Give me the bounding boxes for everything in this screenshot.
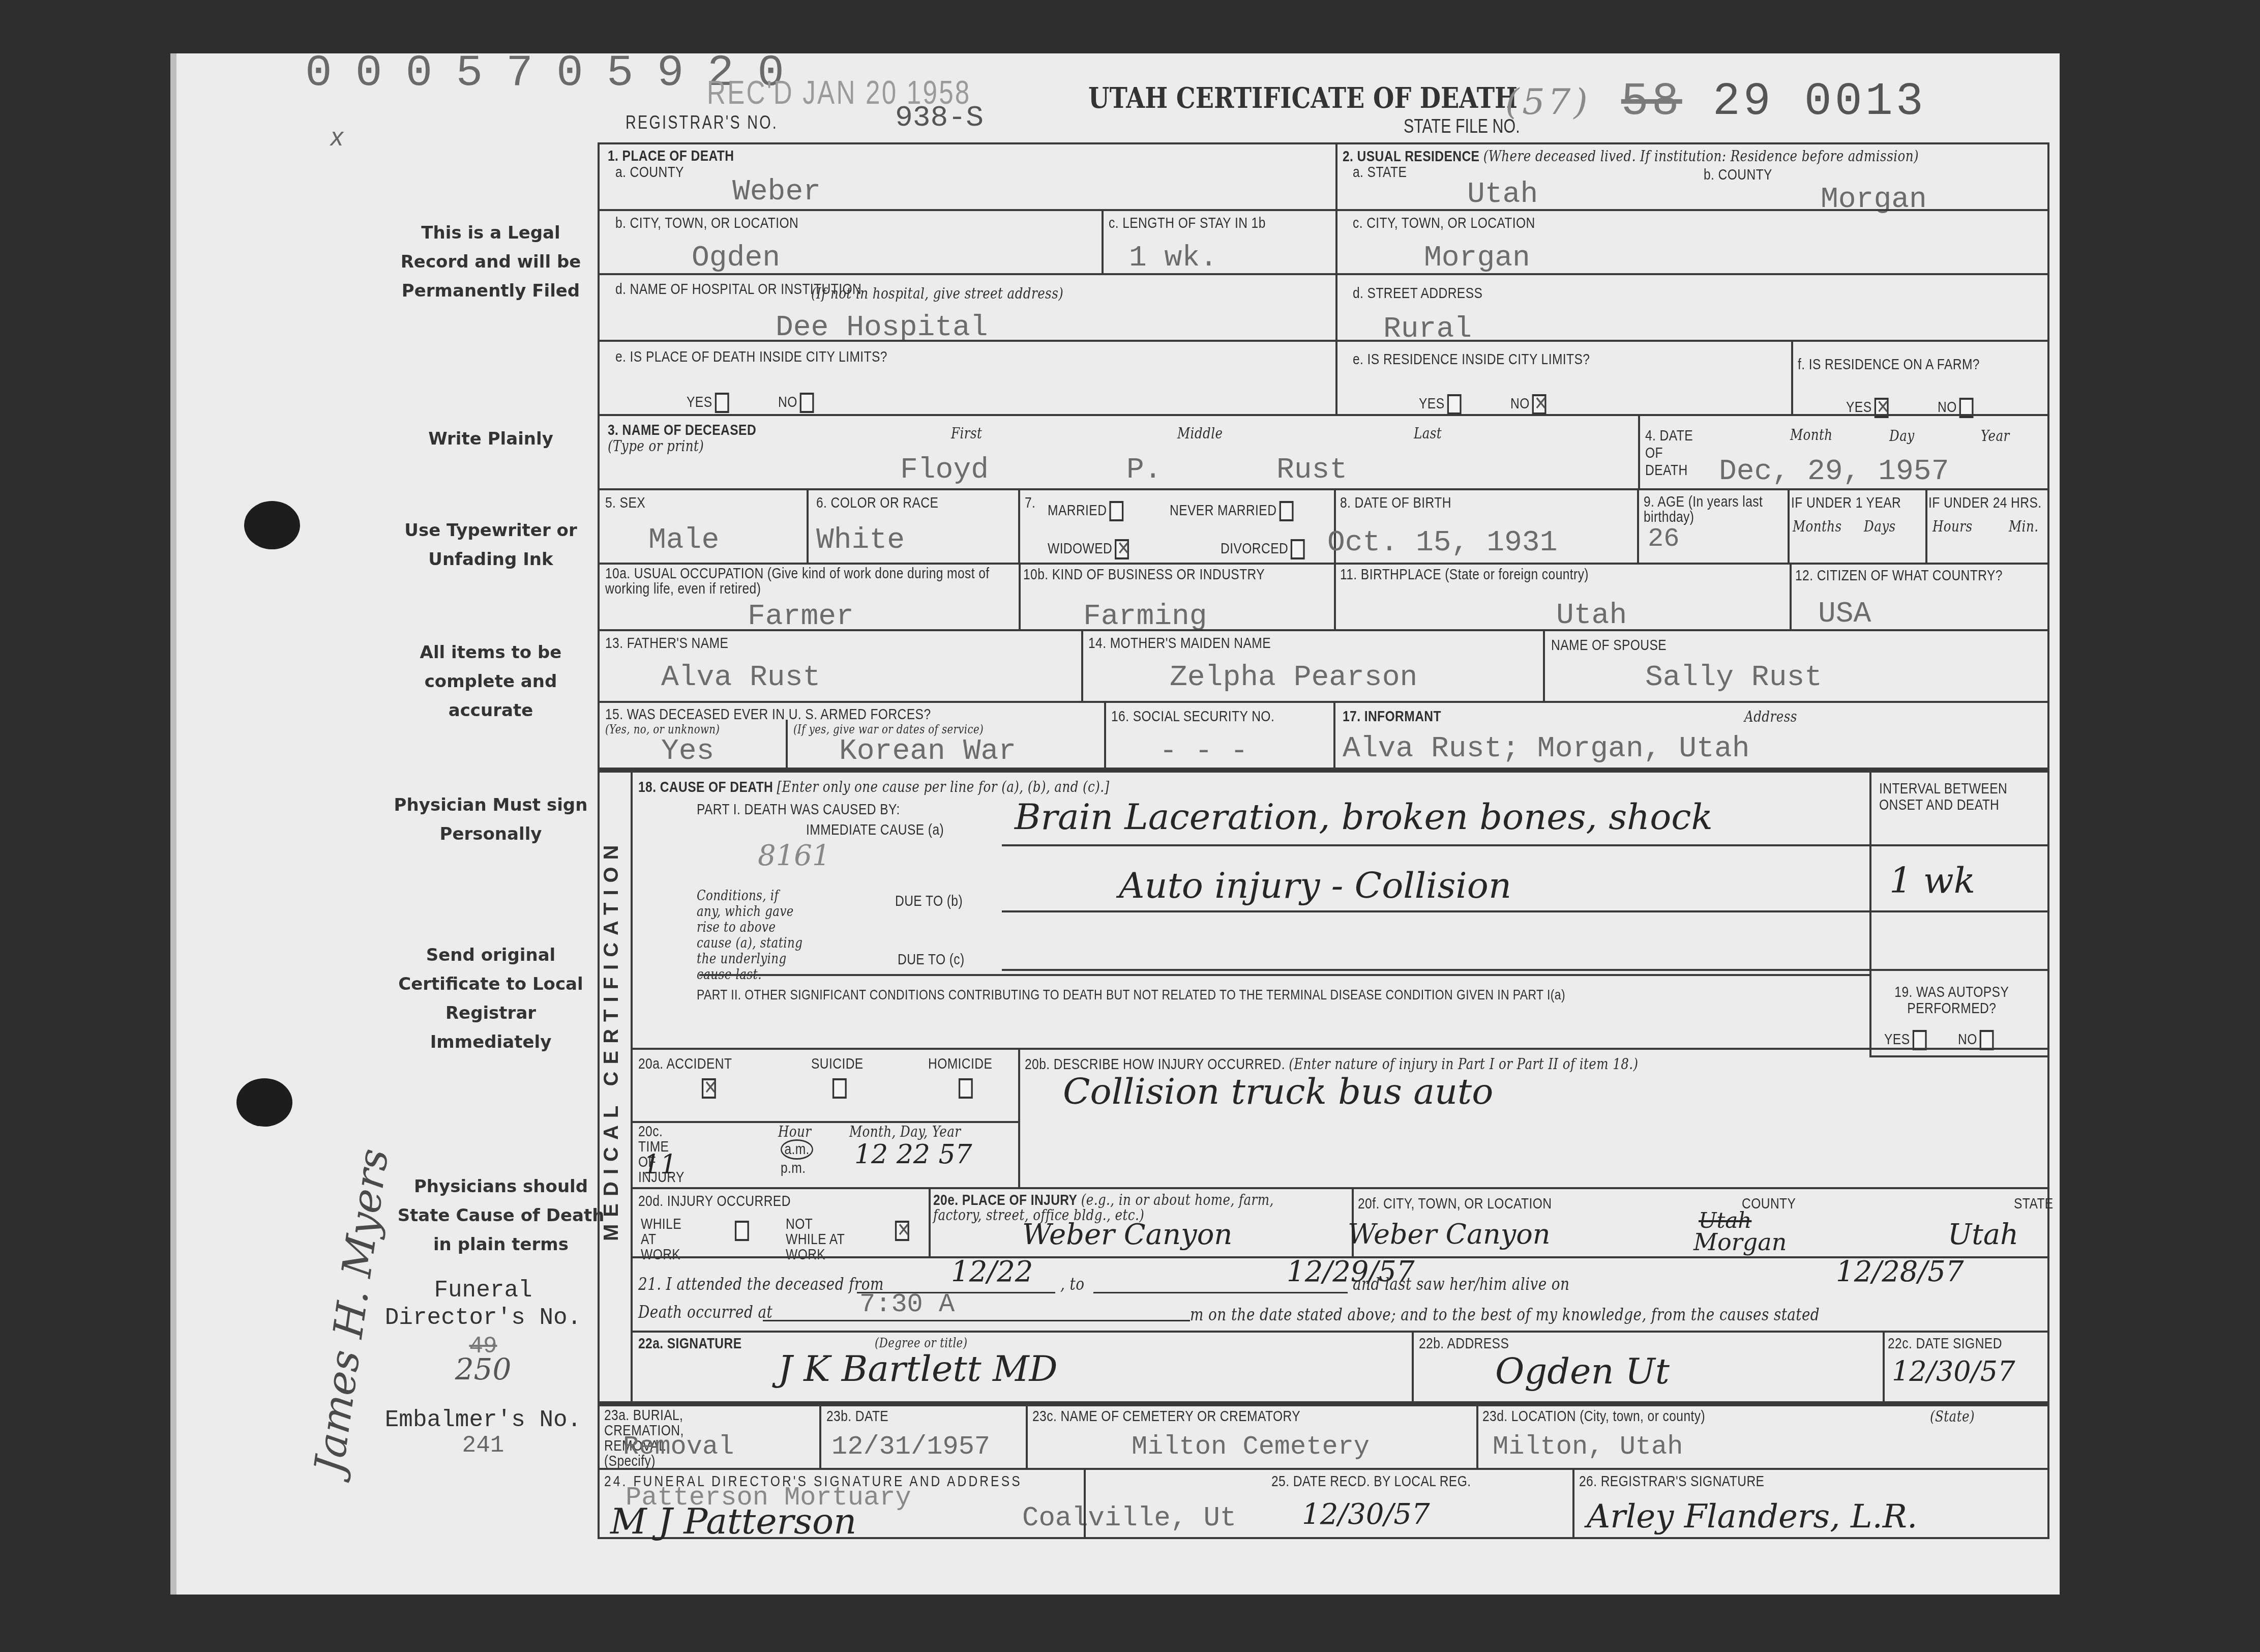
length-of-stay[interactable]: 1 wk. <box>1129 242 1217 275</box>
registrar-no-label: REGISTRAR'S NO. <box>626 112 778 133</box>
age-label: 9. AGE (In years last birthday) <box>1644 494 1777 525</box>
sex[interactable]: Male <box>648 524 719 557</box>
margin-mark: x <box>331 122 343 152</box>
due-to-b-label: DUE TO (b) <box>895 893 963 910</box>
cemetery-location-label: 23d. LOCATION (City, town, or county) <box>1482 1408 1705 1425</box>
industry-label: 10b. KIND OF BUSINESS OR INDUSTRY <box>1023 566 1265 583</box>
disposition[interactable]: Removal <box>623 1432 734 1462</box>
cause-of-death-label: 18. CAUSE OF DEATH [Enter only one cause… <box>638 778 1110 796</box>
registrar-no: 938-S <box>895 102 984 135</box>
not-while-at-work-checkbox[interactable] <box>893 1221 909 1241</box>
marital-married[interactable]: MARRIED <box>1048 501 1123 521</box>
autopsy-no[interactable]: NO <box>1958 1030 1994 1050</box>
physician-address-label: 22b. ADDRESS <box>1419 1335 1509 1352</box>
certificate-title: UTAH CERTIFICATE OF DEATH <box>1088 81 1518 115</box>
attended-to-label: , to <box>1060 1274 1084 1294</box>
death-city-label: b. CITY, TOWN, OR LOCATION <box>615 215 798 232</box>
death-city-limits-yes[interactable]: YES <box>687 393 729 413</box>
funeral-director-no-label: Funeral Director's No. <box>376 1277 590 1332</box>
residence-state-label: a. STATE <box>1353 164 1407 181</box>
father-name[interactable]: Alva Rust <box>661 661 820 694</box>
hours-label: Hours <box>1932 518 1973 536</box>
injury-city[interactable]: Weber Canyon <box>1348 1218 1551 1250</box>
injury-hour[interactable]: 11 <box>643 1149 677 1180</box>
note-send-original: Send original Certificate to Local Regis… <box>389 941 592 1057</box>
spouse-name[interactable]: Sally Rust <box>1645 661 1822 694</box>
while-at-work-checkbox[interactable] <box>732 1221 749 1241</box>
residence-street-label: d. STREET ADDRESS <box>1353 285 1482 302</box>
marital-label: 7. <box>1025 494 1035 512</box>
embalmer-no: 241 <box>376 1432 590 1459</box>
spouse-label: NAME OF SPOUSE <box>1551 637 1667 654</box>
place-of-death-label: 1. PLACE OF DEATH <box>608 147 734 165</box>
checkbox-yes[interactable] <box>1447 394 1461 415</box>
describe-injury[interactable]: Collision truck bus auto <box>1063 1071 1493 1112</box>
social-security-no[interactable]: - - - <box>1159 735 1248 768</box>
checkbox-while-at-work[interactable] <box>735 1221 749 1241</box>
attended-label: 21. I attended the deceased from <box>638 1274 884 1294</box>
ssn-label: 16. SOCIAL SECURITY NO. <box>1111 708 1274 725</box>
hour-label: Hour <box>778 1123 812 1141</box>
death-county-label: a. COUNTY <box>615 164 684 181</box>
deceased-last-name[interactable]: Rust <box>1276 454 1347 487</box>
last-saw-label: and last saw her/him alive on <box>1353 1274 1569 1294</box>
checkbox-divorced[interactable] <box>1291 539 1305 559</box>
physician-signature[interactable]: J K Bartlett MD <box>778 1348 1058 1390</box>
days-label: Days <box>1864 518 1896 536</box>
residence-city-limits-no[interactable]: NO <box>1510 394 1547 415</box>
marital-widowed[interactable]: WIDOWED <box>1048 539 1129 559</box>
occupation-label: 10a. USUAL OCCUPATION (Give kind of work… <box>605 566 1014 597</box>
part2-divider <box>699 974 1871 976</box>
note-legal-record: This is a Legal Record and will be Perma… <box>389 219 592 306</box>
checkbox-never-married[interactable] <box>1279 501 1293 521</box>
part2-label: PART II. OTHER SIGNIFICANT CONDITIONS CO… <box>697 987 1565 1003</box>
injury-state[interactable]: Utah <box>1948 1218 2018 1251</box>
residence-farm-label: f. IS RESIDENCE ON A FARM? <box>1798 356 1980 373</box>
armed-divider <box>786 720 788 770</box>
min-label: Min. <box>2009 518 2038 536</box>
autopsy-label: 19. WAS AUTOPSY PERFORMED? <box>1872 984 2031 1017</box>
note-complete: All items to be complete and accurate <box>389 638 592 725</box>
checkbox-homicide[interactable] <box>959 1078 973 1099</box>
citizen-label: 12. CITIZEN OF WHAT COUNTRY? <box>1795 567 2003 584</box>
injury-occurred-label: 20d. INJURY OCCURRED <box>638 1193 791 1210</box>
disposition-date-label: 23b. DATE <box>826 1408 888 1425</box>
race-label: 6. COLOR OR RACE <box>816 494 938 512</box>
paper-fold <box>170 53 176 1595</box>
punch-hole <box>244 501 300 549</box>
date-received-label: 25. DATE RECD. BY LOCAL REG. <box>1271 1473 1471 1490</box>
punch-hole <box>236 1078 292 1127</box>
conditions-hint: Conditions, if any, which gave rise to a… <box>697 888 805 982</box>
immediate-cause-label: IMMEDIATE CAUSE (a) <box>806 821 944 839</box>
cemetery-label: 23c. NAME OF CEMETERY OR CREMATORY <box>1032 1408 1300 1425</box>
death-time-line <box>763 1320 1190 1321</box>
suicide-label: SUICIDE <box>811 1055 864 1073</box>
residence-city-limits-yes[interactable]: YES <box>1419 394 1461 415</box>
checkbox-accident-checked[interactable] <box>702 1078 716 1099</box>
industry[interactable]: Farming <box>1083 600 1207 633</box>
death-city[interactable]: Ogden <box>692 242 780 275</box>
date-of-death[interactable]: Dec, 29, 1957 <box>1719 455 1949 488</box>
war-served[interactable]: Korean War <box>839 735 1016 768</box>
residence-county-label: b. COUNTY <box>1704 166 1772 184</box>
registrar-signature-label: 26. REGISTRAR'S SIGNATURE <box>1579 1473 1764 1490</box>
mother-maiden-name[interactable]: Zelpha Pearson <box>1170 661 1417 694</box>
note-write-plainly: Write Plainly <box>389 425 592 454</box>
checkbox-married[interactable] <box>1109 501 1123 521</box>
citizen[interactable]: USA <box>1818 598 1871 631</box>
date-received[interactable]: 12/30/57 <box>1302 1498 1430 1531</box>
pm-label: p.m. <box>781 1160 806 1177</box>
last-label: Last <box>1414 425 1442 442</box>
birthplace-label: 11. BIRTHPLACE (State or foreign country… <box>1340 566 1589 583</box>
checkbox-no[interactable] <box>1980 1030 1994 1050</box>
cemetery[interactable]: Milton Cemetery <box>1132 1432 1370 1462</box>
date-signed[interactable]: 12/30/57 <box>1892 1355 2015 1388</box>
age[interactable]: 26 <box>1648 524 1679 554</box>
autopsy-yes[interactable]: YES <box>1884 1030 1926 1050</box>
note-plain-terms: Physicians should State Cause of Death i… <box>389 1172 613 1259</box>
month-day-year-label: Month, Day, Year <box>849 1123 961 1141</box>
checkbox-yes[interactable] <box>715 393 729 413</box>
place-of-injury[interactable]: Weber Canyon <box>1022 1218 1232 1251</box>
interval-label: INTERVAL BETWEEN ONSET AND DEATH <box>1879 781 2038 813</box>
state-file-no: 29 0013 <box>1713 76 1926 128</box>
cemetery-location[interactable]: Milton, Utah <box>1493 1432 1683 1462</box>
injury-county[interactable]: Morgan <box>1693 1228 1787 1256</box>
death-city-limits-label: e. IS PLACE OF DEATH INSIDE CITY LIMITS? <box>615 348 887 366</box>
death-city-limits-no[interactable]: NO <box>778 393 814 413</box>
attended-to-line <box>1093 1292 1348 1293</box>
date-of-death-label: 4. DATE OF DEATH <box>1645 427 1695 479</box>
informant[interactable]: Alva Rust; Morgan, Utah <box>1343 732 1750 765</box>
sex-label: 5. SEX <box>605 494 645 512</box>
residence-city-label: c. CITY, TOWN, OR LOCATION <box>1353 215 1535 232</box>
month-label: Month <box>1790 426 1833 444</box>
residence-city[interactable]: Morgan <box>1424 242 1530 275</box>
first-label: First <box>951 425 982 442</box>
note-physician-sign: Physician Must sign Personally <box>389 791 592 849</box>
date-of-birth[interactable]: Oct. 15, 1931 <box>1327 526 1557 559</box>
disposition-date[interactable]: 12/31/1957 <box>831 1432 990 1462</box>
death-time[interactable]: 7:30 A <box>859 1289 955 1319</box>
residence-city-limits-label: e. IS RESIDENCE INSIDE CITY LIMITS? <box>1353 351 1590 368</box>
residence-state[interactable]: Utah <box>1467 178 1538 211</box>
due-to-c-label: DUE TO (c) <box>898 951 965 968</box>
death-occurred-label: Death occurred at <box>638 1302 772 1322</box>
cause-code-note: 8161 <box>758 839 830 872</box>
marital-divorced[interactable]: DIVORCED <box>1221 539 1305 559</box>
checkbox-widowed-checked[interactable] <box>1115 539 1129 559</box>
medical-certification-label: MEDICAL CERTIFICATION <box>600 838 623 1242</box>
accident-checkbox[interactable] <box>699 1078 716 1099</box>
deceased-first-name[interactable]: Floyd <box>900 454 989 487</box>
funeral-director-signature[interactable]: M J Patterson <box>610 1500 856 1542</box>
informant-label: 17. INFORMANT <box>1343 708 1441 725</box>
marital-never-married[interactable]: NEVER MARRIED <box>1170 501 1293 521</box>
deceased-name-label: 3. NAME OF DECEASED(Type or print) <box>608 422 756 455</box>
signature-label: 22a. SIGNATURE <box>638 1335 742 1352</box>
hospital-hint: (If not in hospital, give street address… <box>811 285 1063 303</box>
checkbox-no-checked[interactable] <box>1532 394 1547 415</box>
deceased-middle-name[interactable]: P. <box>1126 454 1162 487</box>
state-file-label: STATE FILE NO. <box>1404 116 1520 138</box>
death-county[interactable]: Weber <box>732 175 821 209</box>
embalmer-no-label: Embalmer's No. <box>376 1406 590 1434</box>
checkbox-suicide[interactable] <box>832 1078 847 1099</box>
attended-from[interactable]: 12/22 <box>951 1255 1033 1288</box>
middle-label: Middle <box>1177 425 1223 442</box>
while-at-work-label: WHILE AT WORK <box>641 1217 695 1262</box>
months-label: Months <box>1793 518 1842 536</box>
not-while-at-work-label: NOT WHILE AT WORK <box>786 1217 848 1262</box>
residence-label: 2. USUAL RESIDENCE (Where deceased lived… <box>1343 147 1919 165</box>
part1-label: PART I. DEATH WAS CAUSED BY: <box>697 801 900 818</box>
checkbox-no[interactable] <box>800 393 814 413</box>
registrar-signature[interactable]: Arley Flanders, L.R. <box>1587 1498 1917 1536</box>
cell-residence-farm <box>1791 340 2049 416</box>
am-label-circled: a.m. <box>781 1139 813 1160</box>
dob-label: 8. DATE OF BIRTH <box>1340 494 1451 512</box>
mother-label: 14. MOTHER'S MAIDEN NAME <box>1088 635 1271 652</box>
year-label: Year <box>1981 427 2010 445</box>
death-statement: m on the date stated above; and to the b… <box>1190 1305 1820 1325</box>
father-label: 13. FATHER'S NAME <box>605 635 728 652</box>
injury-date[interactable]: 12 22 57 <box>854 1139 972 1170</box>
interval[interactable]: 1 wk <box>1889 860 1975 901</box>
armed-forces-label: 15. WAS DECEASED EVER IN U. S. ARMED FOR… <box>605 706 931 723</box>
homicide-label: HOMICIDE <box>928 1055 992 1073</box>
checkbox-not-while-at-work-checked[interactable] <box>895 1221 909 1241</box>
injury-city-label: 20f. CITY, TOWN, OR LOCATION <box>1358 1195 1552 1213</box>
date-signed-label: 22c. DATE SIGNED <box>1888 1335 2002 1352</box>
suicide-checkbox[interactable] <box>830 1078 847 1099</box>
last-saw-alive[interactable]: 12/28/57 <box>1836 1255 1964 1288</box>
occupation[interactable]: Farmer <box>748 600 854 633</box>
physician-address[interactable]: Ogden Ut <box>1495 1350 1670 1392</box>
under-1-year-label: IF UNDER 1 YEAR <box>1791 494 1901 512</box>
stay-label: c. LENGTH OF STAY IN 1b <box>1109 215 1266 232</box>
homicide-checkbox[interactable] <box>956 1078 973 1099</box>
immediate-cause[interactable]: Brain Laceration, broken bones, shock <box>1015 796 1713 838</box>
day-label: Day <box>1889 427 1915 445</box>
checkbox-yes[interactable] <box>1912 1030 1926 1050</box>
state-file-struck: 58 <box>1621 76 1682 128</box>
state-file-number: (57) 58 29 0013 <box>1505 76 1926 128</box>
accident-label: 20a. ACCIDENT <box>638 1055 732 1073</box>
birthplace[interactable]: Utah <box>1556 599 1627 632</box>
funeral-director-no: 250 <box>376 1355 590 1383</box>
note-typewriter: Use Typewriter or Unfading Ink <box>389 516 592 574</box>
armed-forces-service[interactable]: Yes <box>661 735 714 768</box>
due-to-b[interactable]: Auto injury - Collision <box>1119 865 1511 906</box>
race[interactable]: White <box>816 524 905 557</box>
cemetery-state-label: (State) <box>1930 1408 1975 1426</box>
informant-address-label: Address <box>1744 708 1797 726</box>
injury-state-label: STATE <box>2014 1195 2054 1213</box>
under-24-hrs-label: IF UNDER 24 HRS. <box>1928 494 2042 512</box>
